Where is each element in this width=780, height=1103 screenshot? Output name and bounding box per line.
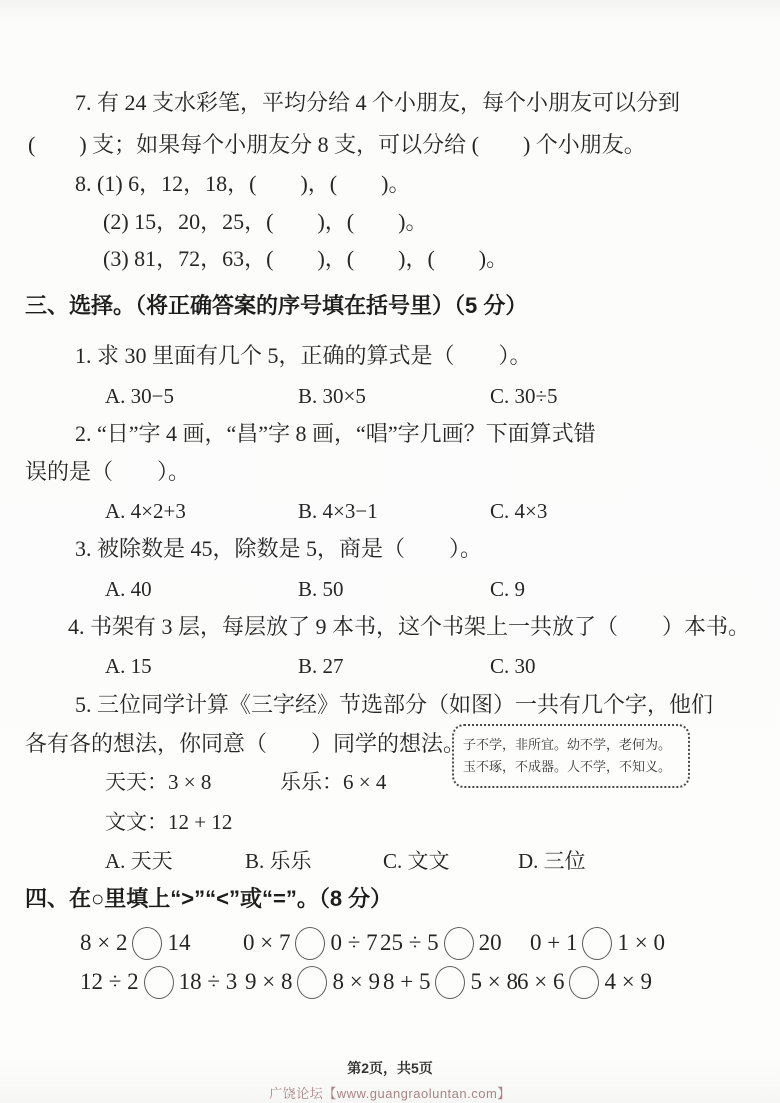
watermark-text: 广饶论坛【www.guangraoluntan.com】: [0, 1083, 780, 1102]
question-2-stem-line-2: 误的是（ ）。: [25, 457, 190, 487]
question-2-options: A. 4×2+3 B. 4×3−1 C. 4×3: [0, 496, 780, 530]
left-expression: 8 × 2: [80, 930, 127, 956]
option-a: A. 15: [105, 651, 152, 681]
comparison-circle: [582, 927, 612, 960]
question-1-options: A. 30−5 B. 30×5 C. 30÷5: [0, 381, 780, 415]
sanzijing-line-2: 玉不琢，不成器。人不学，不知义。: [463, 756, 679, 778]
option-b: B. 4×3−1: [298, 496, 378, 526]
section-4-heading: 四、在○里填上“>”“<”或“=”。（8 分）: [25, 884, 392, 914]
comparison-circle: [444, 927, 474, 960]
question-3-options: A. 40 B. 50 C. 9: [0, 574, 780, 608]
compare-item: 0 × 7 0 ÷ 7: [243, 922, 378, 964]
sanzijing-line-1: 子不学，非所宜。幼不学，老何为。: [463, 734, 679, 756]
compare-item: 6 × 6 4 × 9: [517, 961, 652, 1003]
comparison-circle: [132, 927, 162, 960]
compare-item: 25 ÷ 5 20: [380, 922, 502, 964]
compare-item: 8 + 5 5 × 8: [383, 961, 518, 1003]
left-expression: 6 × 6: [517, 969, 564, 995]
question-8-item-3: (3) 81，72，63，( )，( )，( )。: [103, 244, 508, 274]
right-expression: 8 × 9: [332, 969, 379, 995]
comparison-circle: [297, 966, 327, 999]
option-c: C. 30÷5: [490, 381, 558, 411]
left-expression: 12 ÷ 2: [80, 969, 139, 995]
left-expression: 0 + 1: [530, 930, 577, 956]
right-expression: 18 ÷ 3: [179, 969, 238, 995]
question-5-stem-line-2: 各有各的想法，你同意（ ）同学的想法。: [25, 729, 465, 759]
question-5-stem-line-1: 5. 三位同学计算《三字经》节选部分（如图）一共有几个字，他们: [75, 690, 713, 720]
option-a: A. 天天: [105, 846, 173, 876]
question-7-line-2: ( ) 支；如果每个小朋友分 8 支，可以分给 ( ) 个小朋友。: [28, 130, 646, 160]
left-expression: 8 + 5: [383, 969, 430, 995]
question-8-item-1: 8. (1) 6，12，18，( )，( )。: [75, 169, 410, 199]
question-4-options: A. 15 B. 27 C. 30: [0, 651, 780, 685]
option-c: C. 4×3: [490, 496, 547, 526]
right-expression: 4 × 9: [604, 969, 651, 995]
page-number: 第2页，共5页: [0, 1058, 780, 1078]
comparison-circle: [435, 966, 465, 999]
option-c: C. 文文: [383, 846, 450, 876]
comparison-circle: [569, 966, 599, 999]
option-c: C. 9: [490, 574, 525, 604]
option-a: A. 40: [105, 574, 152, 604]
option-b: B. 27: [298, 651, 344, 681]
section-3-heading: 三、选择。（将正确答案的序号填在括号里）（5 分）: [25, 291, 527, 321]
option-b: B. 30×5: [298, 381, 366, 411]
question-1-stem: 1. 求 30 里面有几个 5，正确的算式是（ ）。: [75, 341, 532, 371]
left-expression: 0 × 7: [243, 930, 290, 956]
question-7-line-1: 7. 有 24 支水彩笔，平均分给 4 个小朋友，每个小朋友可以分到: [75, 88, 680, 118]
idea-wenwen: 文文：12 + 12: [105, 807, 232, 837]
left-expression: 9 × 8: [245, 969, 292, 995]
comparison-circle: [144, 966, 174, 999]
idea-tiantian: 天天：3 × 8: [105, 767, 211, 797]
question-5-options: A. 天天 B. 乐乐 C. 文文 D. 三位: [0, 846, 780, 880]
idea-lele: 乐乐：6 × 4: [280, 767, 386, 797]
compare-item: 9 × 8 8 × 9: [245, 961, 380, 1003]
right-expression: 1 × 0: [617, 930, 664, 956]
option-a: A. 4×2+3: [105, 496, 186, 526]
exam-page: 7. 有 24 支水彩笔，平均分给 4 个小朋友，每个小朋友可以分到 ( ) 支…: [0, 0, 780, 1103]
question-3-stem: 3. 被除数是 45，除数是 5，商是（ ）。: [75, 534, 482, 564]
right-expression: 0 ÷ 7: [330, 930, 377, 956]
option-d: D. 三位: [518, 846, 586, 876]
comparison-circle: [295, 927, 325, 960]
option-b: B. 乐乐: [245, 846, 312, 876]
question-2-stem-line-1: 2. “日”字 4 画，“昌”字 8 画，“唱”字几画？下面算式错: [75, 419, 596, 449]
right-expression: 5 × 8: [470, 969, 517, 995]
right-expression: 20: [479, 930, 502, 956]
left-expression: 25 ÷ 5: [380, 930, 439, 956]
compare-item: 0 + 1 1 × 0: [530, 922, 665, 964]
option-a: A. 30−5: [105, 381, 174, 411]
compare-item: 8 × 2 14: [80, 922, 190, 964]
sanzijing-excerpt-box: 子不学，非所宜。幼不学，老何为。 玉不琢，不成器。人不学，不知义。: [452, 724, 690, 788]
right-expression: 14: [167, 930, 190, 956]
compare-item: 12 ÷ 2 18 ÷ 3: [80, 961, 237, 1003]
option-b: B. 50: [298, 574, 344, 604]
option-c: C. 30: [490, 651, 536, 681]
question-8-item-2: (2) 15，20，25，( )，( )。: [103, 207, 427, 237]
question-4-stem: 4. 书架有 3 层，每层放了 9 本书，这个书架上一共放了（ ）本书。: [68, 612, 750, 642]
